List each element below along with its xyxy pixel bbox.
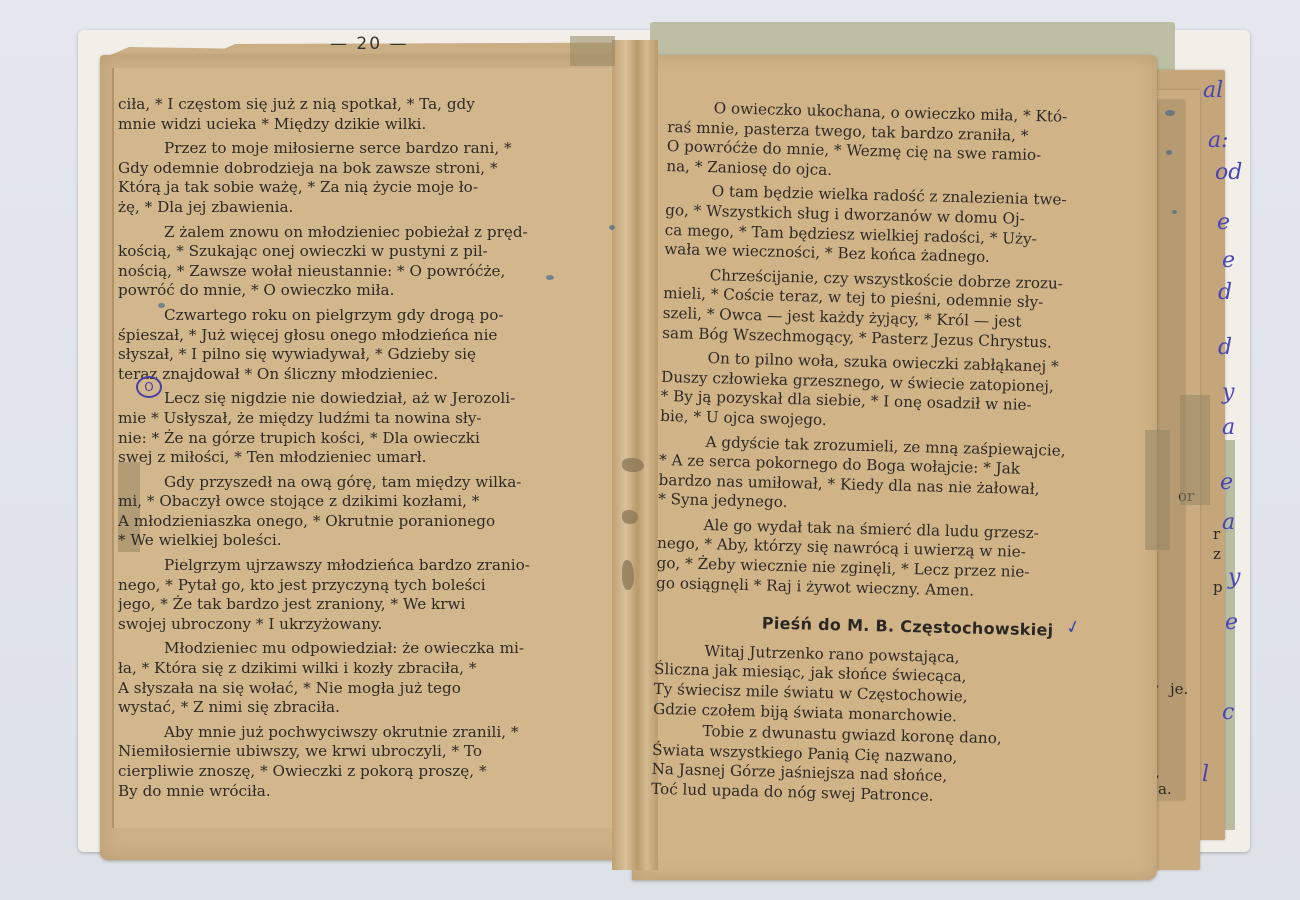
text-line: Czwartego roku on pielgrzym gdy drogą po… <box>118 306 598 326</box>
paragraph: O tam będzie wielka radość z znalezienia… <box>664 181 1131 271</box>
ink-stain <box>609 225 615 230</box>
spine-tear <box>622 458 644 472</box>
text-line: Przez to moje miłosierne serce bardzo ra… <box>118 139 598 159</box>
right-page-text: O owieczko ukochana, o owieczko miła, * … <box>651 98 1133 813</box>
text-line: mie * Usłyszał, że między ludźmi ta nowi… <box>118 409 598 429</box>
text-line: Pielgrzym ujrzawszy młodzieńca bardzo zr… <box>118 556 598 576</box>
ink-stain <box>1165 110 1175 116</box>
text-line: cierpliwie znoszę, * Owieczki z pokorą p… <box>118 762 598 782</box>
handwriting-mark: e <box>1220 470 1233 495</box>
handwriting-mark: l <box>1202 762 1209 787</box>
peek-text: je. <box>1170 680 1188 698</box>
text-line: śpieszał, * Już więcej głosu onego młodz… <box>118 326 598 346</box>
text-line: nością, * Zawsze wołał nieustannie: * O … <box>118 262 598 282</box>
peek-text: a. <box>1158 780 1172 798</box>
handwriting-mark: c <box>1222 700 1234 725</box>
tape-strip <box>1145 430 1170 550</box>
text-line: Gdy odemnie dobrodzieja na bok zawsze st… <box>118 159 598 179</box>
text-line: Z żalem znowu on młodzieniec pobieżał z … <box>118 223 598 243</box>
paragraph: Gdy przyszedł na ową górę, tam między wi… <box>118 473 598 551</box>
text-line: jego, * Że tak bardzo jest zraniony, * W… <box>118 595 598 615</box>
handwriting-mark: y <box>1222 380 1234 405</box>
text-line: Gdy przyszedł na ową górę, tam między wi… <box>118 473 598 493</box>
paragraph: Młodzieniec mu odpowiedział: że owieczka… <box>118 639 598 717</box>
handwriting-mark: d <box>1218 335 1232 360</box>
peek-text: r <box>1213 525 1220 543</box>
paragraph: Ale go wydał tak na śmierć dla ludu grze… <box>656 515 1123 605</box>
text-line: teraz znajdował * On śliczny młodzieniec… <box>118 365 598 385</box>
text-line: Którą ja tak sobie ważę, * Za nią życie … <box>118 178 598 198</box>
book-spine <box>612 40 658 870</box>
paragraph: Aby mnie już pochwyciwszy okrutnie zrani… <box>118 723 598 801</box>
handwriting-mark: a <box>1222 510 1235 535</box>
text-line: powróć do mnie, * O owieczko miła. <box>118 281 598 301</box>
text-line: By do mnie wróciła. <box>118 782 598 802</box>
paragraph: Czwartego roku on pielgrzym gdy drogą po… <box>118 306 598 384</box>
paragraph: A gdyście tak zrozumieli, ze mną zaśpiew… <box>658 431 1125 521</box>
text-line: A młodzieniaszka onego, * Okrutnie poran… <box>118 512 598 532</box>
text-line: swojej ubroczony * I ukrzyżowany. <box>118 615 598 635</box>
hymn-verse: Tobie z dwunastu gwiazd koronę dano, Świ… <box>651 721 1118 811</box>
text-line: Młodzieniec mu odpowiedział: że owieczka… <box>118 639 598 659</box>
handwriting-mark: d <box>1218 280 1232 305</box>
handwriting-mark: y <box>1228 565 1240 590</box>
text-line: nie: * Że na górze trupich kości, * Dla … <box>118 429 598 449</box>
ink-stain <box>1166 150 1172 155</box>
peek-text: p <box>1213 578 1223 596</box>
peek-text: z <box>1213 545 1221 563</box>
hymn-title: Pieśń do M. B. Częstochowskiej <box>695 612 1120 642</box>
page-number: — 20 — <box>330 34 408 54</box>
text-line: * We wielkiej boleści. <box>118 531 598 551</box>
text-line: A słyszała na się wołać, * Nie mogła już… <box>118 679 598 699</box>
tape-strip <box>1180 395 1210 505</box>
text-line: ła, * Która się z dzikimi wilki i kozły … <box>118 659 598 679</box>
text-line: Lecz się nigdzie nie dowiedział, aż w Je… <box>118 389 598 409</box>
hymn-verse: Witaj Jutrzenko rano powstająca, Śliczna… <box>653 641 1120 731</box>
paragraph: Lecz się nigdzie nie dowiedział, aż w Je… <box>118 389 598 467</box>
paragraph: O owieczko ukochana, o owieczko miła, * … <box>666 98 1133 188</box>
spine-tear <box>622 560 634 590</box>
paragraph: On to pilno woła, szuka owieczki zabłąka… <box>660 348 1127 438</box>
text-line: słyszał, * I pilno się wywiadywał, * Gdz… <box>118 345 598 365</box>
handwriting-mark: e <box>1217 210 1230 235</box>
text-line: Aby mnie już pochwyciwszy okrutnie zrani… <box>118 723 598 743</box>
handwriting-mark: od <box>1215 160 1242 185</box>
text-line: kością, * Szukając onej owieczki w pusty… <box>118 242 598 262</box>
handwriting-mark: e <box>1225 610 1238 635</box>
handwriting-mark: e <box>1222 248 1235 273</box>
text-line: żę, * Dla jej zbawienia. <box>118 198 598 218</box>
left-page-text: ciła, * I częstom się już z nią spotkał,… <box>118 95 598 806</box>
paragraph: Przez to moje miłosierne serce bardzo ra… <box>118 139 598 217</box>
text-line: Niemiłosiernie ubiwszy, we krwi ubroczyl… <box>118 742 598 762</box>
handwriting-mark: al <box>1203 78 1223 103</box>
paragraph: Z żalem znowu on młodzieniec pobieżał z … <box>118 223 598 301</box>
text-line: nego, * Pytał go, kto jest przyczyną tyc… <box>118 576 598 596</box>
handwriting-mark: a <box>1222 415 1235 440</box>
ink-stain <box>1172 210 1177 214</box>
text-line: ciła, * I częstom się już z nią spotkał,… <box>118 95 598 115</box>
text-line: swej z miłości, * Ten młodzieniec umarł. <box>118 448 598 468</box>
paragraph: Pielgrzym ujrzawszy młodzieńca bardzo zr… <box>118 556 598 634</box>
text-line: mi, * Obaczył owce stojące z dzikimi koz… <box>118 492 598 512</box>
pen-circle-annotation: O <box>136 376 162 398</box>
text-line: wystać, * Z nimi się zbraciła. <box>118 698 598 718</box>
paragraph: ciła, * I częstom się już z nią spotkał,… <box>118 95 598 134</box>
handwriting-mark: a: <box>1208 128 1229 153</box>
tape-strip <box>570 36 615 66</box>
paragraph: Chrześcijanie, czy wszystkoście dobrze z… <box>662 265 1129 355</box>
spine-tear <box>622 510 638 524</box>
text-line: mnie widzi ucieka * Między dzikie wilki. <box>118 115 598 135</box>
